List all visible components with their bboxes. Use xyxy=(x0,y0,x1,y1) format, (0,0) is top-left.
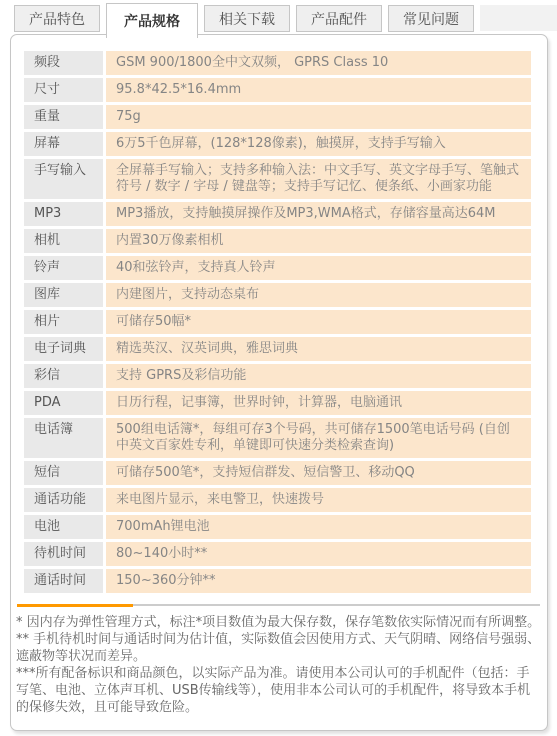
spec-label: 铃声 xyxy=(24,256,103,280)
spec-row: 重量 75g xyxy=(24,105,531,129)
spec-value: 500组电话簿*，每组可存3个号码，共可储存1500笔电话号码 (自创中英文百家… xyxy=(106,418,531,458)
spec-label: 重量 xyxy=(24,105,103,129)
tab-accessories[interactable]: 产品配件 xyxy=(296,5,382,32)
spec-value: 日历行程，记事簿，世界时钟，计算器，电脑通讯 xyxy=(106,391,531,415)
spec-label: 短信 xyxy=(24,461,103,485)
spec-label: 屏幕 xyxy=(24,132,103,156)
spec-row: 频段 GSM 900/1800全中文双频， GPRS Class 10 xyxy=(24,51,531,75)
spec-label: 电池 xyxy=(24,515,103,539)
divider-gray-segment xyxy=(133,604,540,606)
footnote-line: * 因内存为弹性管理方式，标注*项目数值为最大保存数，保存笔数依实际情况而有所调… xyxy=(16,614,542,631)
spec-value: 支持 GPRS及彩信功能 xyxy=(106,364,531,388)
spec-value: 80~140小时** xyxy=(106,542,531,566)
spec-row: 待机时间 80~140小时** xyxy=(24,542,531,566)
spec-label: MP3 xyxy=(24,202,103,226)
tab-product-features[interactable]: 产品特色 xyxy=(14,5,100,32)
spec-value: MP3播放，支持触摸屏操作及MP3,WMA格式，存储容量高达64M xyxy=(106,202,531,226)
spec-value: 75g xyxy=(106,105,531,129)
footnote-line: ***所有配备标识和商品颜色，以实际产品为准。请使用本公司认可的手机配件（包括：… xyxy=(16,665,542,716)
product-spec-panel: 频段 GSM 900/1800全中文双频， GPRS Class 10 尺寸 9… xyxy=(10,34,548,731)
tab-label: 相关下载 xyxy=(219,9,275,29)
spec-label: 尺寸 xyxy=(24,78,103,102)
spec-value: 全屏幕手写输入；支持多种输入法：中文手写、英文字母手写、笔触式符号 / 数字 /… xyxy=(106,159,531,199)
tab-label: 产品配件 xyxy=(311,9,367,29)
spec-row: 手写输入 全屏幕手写输入；支持多种输入法：中文手写、英文字母手写、笔触式符号 /… xyxy=(24,159,531,199)
tab-bar: 产品特色 产品规格 相关下载 产品配件 常见问题 xyxy=(0,0,557,38)
footnote-line: ** 手机待机时间与通话时间为估计值，实际数值会因使用方式、天气阴晴、网络信号强… xyxy=(16,631,542,665)
footnotes: * 因内存为弹性管理方式，标注*项目数值为最大保存数，保存笔数依实际情况而有所调… xyxy=(16,614,542,716)
spec-row: 电话簿 500组电话簿*，每组可存3个号码，共可储存1500笔电话号码 (自创中… xyxy=(24,418,531,458)
spec-value: 700mAh锂电池 xyxy=(106,515,531,539)
spec-row: 通话功能 来电图片显示，来电警卫，快速拨号 xyxy=(24,488,531,512)
spec-label: 相片 xyxy=(24,310,103,334)
spec-value: 可储存500笔*，支持短信群发、短信警卫、移动QQ xyxy=(106,461,531,485)
spec-label: 彩信 xyxy=(24,364,103,388)
spec-label: 待机时间 xyxy=(24,542,103,566)
spec-row: 短信 可储存500笔*，支持短信群发、短信警卫、移动QQ xyxy=(24,461,531,485)
spec-row: 相机 内置30万像素相机 xyxy=(24,229,531,253)
spec-label: PDA xyxy=(24,391,103,415)
spec-row: 通话时间 150~360分钟** xyxy=(24,569,531,593)
spec-value: 内置30万像素相机 xyxy=(106,229,531,253)
tab-label: 常见问题 xyxy=(403,9,459,29)
spec-value: 精选英汉、汉英词典，雅思词典 xyxy=(106,337,531,361)
spec-label: 相机 xyxy=(24,229,103,253)
tab-downloads[interactable]: 相关下载 xyxy=(204,5,290,32)
divider-orange-segment xyxy=(17,604,133,607)
tab-label: 产品特色 xyxy=(29,9,85,29)
spec-row: 相片 可储存50幅* xyxy=(24,310,531,334)
spec-row: 图库 内建图片，支持动态桌布 xyxy=(24,283,531,307)
spec-label: 通话功能 xyxy=(24,488,103,512)
tab-faq[interactable]: 常见问题 xyxy=(388,5,474,32)
footnote-divider xyxy=(17,604,540,607)
spec-row: 屏幕 6万5千色屏幕，(128*128像素)，触摸屏，支持手写输入 xyxy=(24,132,531,156)
tab-label: 产品规格 xyxy=(124,11,180,31)
spec-row: 彩信 支持 GPRS及彩信功能 xyxy=(24,364,531,388)
spec-value: 6万5千色屏幕，(128*128像素)，触摸屏，支持手写输入 xyxy=(106,132,531,156)
spec-row: PDA 日历行程，记事簿，世界时钟，计算器，电脑通讯 xyxy=(24,391,531,415)
spec-label: 手写输入 xyxy=(24,159,103,199)
spec-row: MP3 MP3播放，支持触摸屏操作及MP3,WMA格式，存储容量高达64M xyxy=(24,202,531,226)
spec-value: GSM 900/1800全中文双频， GPRS Class 10 xyxy=(106,51,531,75)
tab-bar-filler xyxy=(480,5,557,31)
spec-label: 频段 xyxy=(24,51,103,75)
spec-value: 可储存50幅* xyxy=(106,310,531,334)
spec-row: 电子词典 精选英汉、汉英词典，雅思词典 xyxy=(24,337,531,361)
tab-product-specs[interactable]: 产品规格 xyxy=(106,3,198,38)
spec-row: 铃声 40和弦铃声，支持真人铃声 xyxy=(24,256,531,280)
spec-value: 来电图片显示，来电警卫，快速拨号 xyxy=(106,488,531,512)
spec-value: 95.8*42.5*16.4mm xyxy=(106,78,531,102)
spec-value: 内建图片，支持动态桌布 xyxy=(106,283,531,307)
spec-label: 通话时间 xyxy=(24,569,103,593)
spec-row: 电池 700mAh锂电池 xyxy=(24,515,531,539)
spec-label: 电子词典 xyxy=(24,337,103,361)
spec-table: 频段 GSM 900/1800全中文双频， GPRS Class 10 尺寸 9… xyxy=(24,51,531,593)
spec-value: 40和弦铃声，支持真人铃声 xyxy=(106,256,531,280)
spec-label: 图库 xyxy=(24,283,103,307)
spec-value: 150~360分钟** xyxy=(106,569,531,593)
spec-label: 电话簿 xyxy=(24,418,103,458)
spec-row: 尺寸 95.8*42.5*16.4mm xyxy=(24,78,531,102)
